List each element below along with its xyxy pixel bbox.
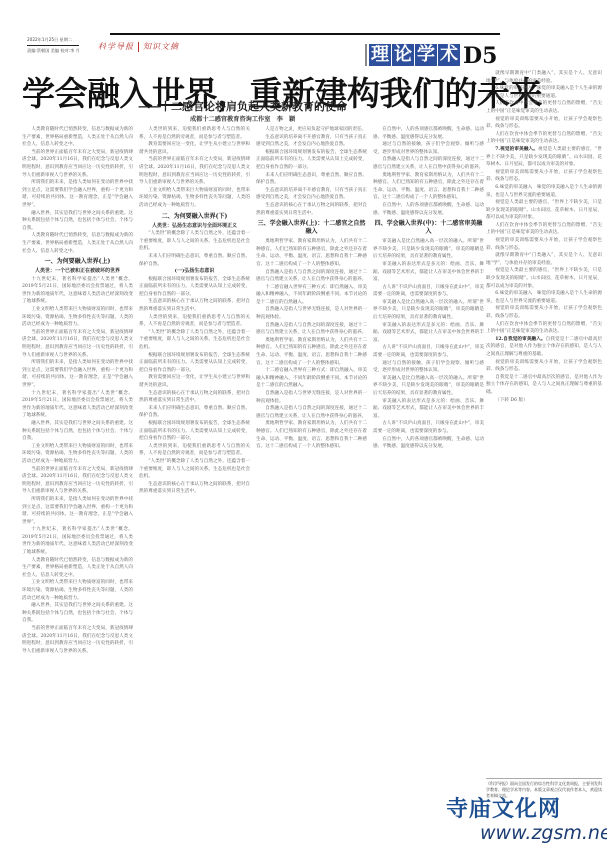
paragraph: 视觉的审美训练需要从小开始，让孩子学会观察色彩、线条与形态。	[486, 237, 602, 252]
logo-zhishiwenzhai: 知识文摘	[143, 42, 179, 51]
paragraph: 奥地利哲学家、教育家斯坦纳认为，人们共有十二种感官。人们已熟知的有五种感官，除此…	[256, 337, 367, 367]
article-body: 人类教育随时代已悄然转变，信息与数据成为新的生产要素，世界格局重新塑造，人类正处…	[22, 126, 484, 836]
paragraph: 工业文明给人类带来巨大物质财富的同时，也带来环境污染、资源枯竭、生物多样性丧失等…	[22, 579, 133, 602]
paragraph: 生态意识的核心在于承认万物之间的联系，把对自然的尊重落实到日常生活中。	[256, 202, 367, 217]
paragraph: 人类世的到来，迫使我们重新思考人与自然的关系，人不再是自然的旁观者，而是参与者与…	[139, 443, 250, 458]
paragraph: 在自然中，人的各项感官都被唤醒，生命感、运动感、平衡感、温度感得以充分发展。	[373, 126, 484, 141]
paragraph: 审美融入是比自然融入高一层次的融入。所谓“世界不缺少美，只是缺少发现美的眼睛”，…	[373, 299, 484, 322]
watermark-cn: 寺庙文化网	[446, 792, 561, 823]
issue-meta: 2022年1月25日 星期二 责编:蔡朝国 美编 校对:李 月	[27, 36, 80, 55]
paragraph: 生态意识的培养离不开感官教育，只有当孩子真正感受到自然之美，才会发自内心地热爱自…	[256, 134, 367, 149]
paragraph: 十二感官融入世界有三种方式：即自然融入、审美融入和精神融入，不同年龄阶段侧重不同…	[256, 284, 367, 307]
article-subheadline: ——十二感官论将肩负起人类新教育的使命	[138, 98, 347, 114]
paragraph: 当前的世界正面临百年未有之大变局，新冠疫情肆虐全球。2020年11月16日，我们…	[139, 156, 250, 186]
paragraph: 人是万物之灵，更应肩负起守护地球家园的责任。	[256, 126, 367, 134]
paragraph: 生态意识的培养离不开感官教育，只有当孩子真正感受到自然之美，才会发自内心地热爱自…	[256, 187, 367, 202]
paragraph: 审美融入的表达形式是多元的：绘画、音乐、舞蹈、戏剧等艺术形式，都能让人在审美中体…	[373, 261, 484, 284]
section-char: 学	[415, 44, 437, 66]
column-2: 人类世的到来，迫使我们重新思考人与自然的关系，人不再是自然的旁观者，而是参与者与…	[139, 126, 250, 836]
paragraph: 当前的世界正面临百年未有之大变局，新冠疫情肆虐全球。2020年11月16日，我们…	[22, 149, 133, 179]
date-line: 2022年1月25日 星期二	[27, 36, 80, 44]
paragraph: 自我觉是十二感官中最高层次的感官，是对他人作为独立个体存在的感知，是人与人之间真…	[486, 374, 602, 397]
lead-in-12: 12.自我觉的审美融入。	[495, 337, 545, 342]
paragraph: 十九世纪末，著名科学家提出“人类世”概念。2019年5月21日，国际地层委员会投…	[22, 526, 133, 556]
paragraph: 通过与自然的接触，孩子们学会观察、倾听与感受，逐步形成对世界的整体认知。	[373, 360, 484, 375]
paragraph: 人类世的到来，迫使我们重新思考人与自然的关系，人不再是自然的旁观者，而是参与者与…	[139, 314, 250, 329]
paragraph: 古人讲“不识庐山真面目，只缘身在此山中”，审美需要一定的距离，也需要深度的参与。	[373, 344, 484, 359]
page-number: D5	[463, 43, 497, 69]
paragraph: 所谓我们的未来，是指人类如何在变动的世界中找到立足点，这需要我们学会融入世界，重…	[22, 179, 133, 209]
paragraph: 所谓我们的未来，是指人类如何在变动的世界中找到立足点，这需要我们学会融入世界，重…	[22, 496, 133, 526]
paragraph: 人们在饮食中体会季节的更替与自然的馈赠，“舌尖上的中国”正是味觉审美的生动表达。	[486, 222, 602, 237]
paragraph: 融入世界，其实是我们与世界之间关系的重建。这种关系既包括个体与自然，也包括个体与…	[22, 420, 133, 443]
paragraph: 根据联合国环境规划署发布的报告，全球生态系统正面临前所未有的压力。人类需要从认知…	[139, 276, 250, 299]
section-char: 术	[438, 44, 460, 66]
sub-sub-heading: (一)弘扬生态意识	[139, 268, 250, 276]
paragraph: 古人讲“不识庐山真面目，只缘身在此山中”，审美需要一定的距离，也需要深度的参与。	[373, 284, 484, 299]
section-heading: 三、学会融入世界(上)：十二感官之自然融入	[256, 220, 367, 236]
logo-divider	[138, 42, 139, 52]
top-rule	[110, 33, 500, 35]
paragraph: “人类世”的概念除了人类与自然之外，还蕴含着一个重要维度，即人与人之间的关系。生…	[139, 230, 250, 253]
paragraph: 视觉是人类最主要的感官，“世界上不缺少美，只是缺少发现美的眼睛”。山水田园、花草…	[486, 267, 602, 290]
paragraph: 在自然中，人的各项感官都被唤醒，生命感、运动感、平衡感、温度感得以充分发展。	[373, 202, 484, 217]
lead-in-7: 7.视觉的审美融入。	[495, 147, 538, 152]
paragraph: 当前的世界正面临百年未有之大变局，新冠疫情肆虐全球。2020年11月16日，我们…	[22, 625, 133, 655]
section-heading: 四、学会融入世界(中)：十二感官审美融入	[373, 220, 484, 236]
watermark: 寺庙文化网 www.zgsm.net	[440, 790, 607, 852]
paragraph: 生态意识的核心在于承认万物之间的联系，把对自然的尊重落实到日常生活中。	[139, 481, 250, 496]
paragraph: 人们在饮食中体会季节的更替与自然的馈赠，“舌尖上的中国”正是味觉审美的生动表达。	[486, 131, 602, 146]
paragraph: 教育需要回应这一变化，让学生从小建立与世界和谐共处的意识。	[139, 374, 250, 389]
continued-note: （下转 D6 版）	[486, 397, 602, 405]
section-char: 论	[392, 44, 414, 66]
paragraph: “人类世”的概念除了人类与自然之外，还蕴含着一个重要维度，即人与人之间的关系。生…	[139, 329, 250, 352]
paragraph: 未来人们应明确生态意识，尊重自然、顺应自然、保护自然。	[139, 253, 250, 268]
paragraph: 自然融入是指人与世界无缝连接，是人对世界的一种直观体验。	[256, 306, 367, 321]
paragraph: 视觉的审美训练需要从小开始，让孩子学会观察色彩、线条与形态。	[486, 305, 602, 320]
article-byline: 成都十二感官教育咨询工作室 李 颖	[190, 114, 295, 123]
paragraph: 在自然中，人的各项感官都被唤醒，生命感、运动感、平衡感、温度感得以充分发展。	[373, 436, 484, 451]
paragraph: 自然融入是指人与自然之间的深度连接，通过十二感官与自然建立关系，让人在自然中获得…	[373, 156, 484, 171]
paragraph-lead: 7.视觉的审美融入。视觉是人类最主要的感官，“世界上不缺少美，只是缺少发现美的眼…	[486, 146, 602, 169]
paragraph: 工业文明给人类带来巨大物质财富的同时，也带来环境污染、资源枯竭、生物多样性丧失等…	[22, 306, 133, 329]
editor-line: 责编:蔡朝国 美编 校对:李 月	[27, 47, 80, 55]
paragraph: 人类世的到来，迫使我们重新思考人与自然的关系，人不再是自然的旁观者，而是参与者与…	[139, 126, 250, 141]
section-heading: 一、为何要融入世界(上)	[22, 258, 133, 266]
sub-heading: 人类世：弘扬生态意识与全面环境正义	[139, 223, 250, 231]
meta-divider	[27, 45, 79, 46]
paragraph: 十九世纪末，著名科学家提出“人类世”概念。2019年5月21日，国际地层委员会投…	[22, 276, 133, 306]
paragraph: 6.味觉的审美融入 味觉的审美融入是个人生命的源泉，也是人与世界交流的重要通道。	[486, 184, 602, 199]
paragraph: 审美融入是比自然融入高一层次的融入。所谓“世界不缺少美，只是缺少发现美的眼睛”，…	[373, 375, 484, 398]
paragraph: 就像早期教育中“门类融入”，其实是个人、无意识地“学”，与体验并存的审美经验。	[486, 252, 602, 267]
column-5: 就像早期教育中“门类融入”，其实是个人、无意识地“学”，与体验并存的审美经验。 …	[486, 70, 602, 770]
paragraph: 自然融入是指人与自然之间的深度连接，通过十二感官与自然建立关系，让人在自然中获得…	[256, 405, 367, 420]
paragraph: 古人讲“不识庐山真面目，只缘身在此山中”，审美需要一定的距离，也需要深度的参与。	[373, 420, 484, 435]
paragraph: 自然融入是指人与世界无缝连接，是人对世界的一种直观体验。	[256, 390, 367, 405]
paragraph: 根据联合国环境规划署发布的报告，全球生态系统正面临前所未有的压力。人类需要从认知…	[139, 352, 250, 375]
masthead: 2022年1月25日 星期二 责编:蔡朝国 美编 校对:李 月 科学导报知识文摘…	[0, 0, 607, 68]
paragraph: 视觉的审美训练需要从小开始，让孩子学会观察色彩、线条与形态。	[486, 169, 602, 184]
watermark-url: www.zgsm.net	[480, 822, 607, 844]
paragraph: 当前的世界正面临百年未有之大变局，新冠疫情肆虐全球。2020年11月16日，我们…	[22, 329, 133, 359]
paragraph: 生态意识的核心在于承认万物之间的联系，把对自然的尊重落实到日常生活中。	[139, 298, 250, 313]
paragraph: 人们在饮食中体会季节的更替与自然的馈赠，“舌尖上的中国”正是味觉审美的生动表达。	[486, 321, 602, 336]
paragraph: 通过与自然的接触，孩子们学会观察、倾听与感受，逐步形成对世界的整体认知。	[373, 141, 484, 156]
paragraph: 6.味觉的审美融入 味觉的审美融入是个人生命的源泉，也是人与世界交流的重要通道。	[486, 85, 602, 100]
paragraph: 视觉的审美训练需要从小开始，让孩子学会观察色彩、线条与形态。	[486, 359, 602, 374]
paragraph: 十九世纪末，著名科学家提出“人类世”概念。2019年5月21日，国际地层委员会投…	[22, 390, 133, 420]
paragraph: 审美融入是比自然融入高一层次的融入。所谓“世界不缺少美，只是缺少发现美的眼睛”，…	[373, 238, 484, 261]
paragraph: 人类教育随时代已悄然转变，信息与数据成为新的生产要素，世界格局重新塑造，人类正处…	[22, 557, 133, 580]
paragraph: 融入世界，其实是我们与世界之间关系的重建。这种关系既包括个体与自然，也包括个体与…	[22, 210, 133, 233]
paragraph: 就像早期教育中“门类融入”，其实是个人、无意识地“学”，与体验并存的审美经验。	[486, 70, 602, 85]
sub-heading: 人类世：一个已被和正在被破坏的世界	[22, 268, 133, 276]
column-4: 在自然中，人的各项感官都被唤醒，生命感、运动感、平衡感、温度感得以充分发展。 通…	[373, 126, 484, 836]
paragraph: 工业文明给人类带来巨大物质财富的同时，也带来环境污染、资源枯竭、生物多样性丧失等…	[22, 443, 133, 466]
paragraph: 教育需要回应这一变化，让学生从小建立与世界和谐共处的意识。	[139, 141, 250, 156]
newspaper-logo: 科学导报知识文摘	[98, 41, 179, 52]
paragraph: 视觉是人类最主要的感官，“世界上不缺少美，只是缺少发现美的眼睛”。山水田园、花草…	[486, 199, 602, 222]
paragraph: 根据联合国环境规划署发布的报告，全球生态系统正面临前所未有的压力。人类需要从认知…	[256, 149, 367, 172]
paragraph: 人类教育随时代已悄然转变，信息与数据成为新的生产要素，世界格局重新塑造，人类正处…	[22, 232, 133, 255]
paragraph: 人类教育随时代已悄然转变，信息与数据成为新的生产要素，世界格局重新塑造，人类正处…	[22, 126, 133, 149]
paragraph: 当前的世界正面临百年未有之大变局，新冠疫情肆虐全球。2020年11月16日，我们…	[22, 466, 133, 496]
paragraph: 生态意识的核心在于承认万物之间的联系，把对自然的尊重落实到日常生活中。	[139, 390, 250, 405]
paragraph: 视觉的审美训练需要从小开始，让孩子学会观察色彩、线条与形态。	[486, 116, 602, 131]
paragraph: 自然融入是指人与自然之间的深度连接，通过十二感官与自然建立关系，让人在自然中获得…	[256, 269, 367, 284]
paragraph: 人们在饮食中体会季节的更替与自然的馈赠，“舌尖上的中国”正是味觉审美的生动表达。	[486, 100, 602, 115]
paragraph: 十二感官融入世界有三种方式：即自然融入、审美融入和精神融入，不同年龄阶段侧重不同…	[256, 367, 367, 390]
column-1: 人类教育随时代已悄然转变，信息与数据成为新的生产要素，世界格局重新塑造，人类正处…	[22, 126, 133, 836]
logo-kexuedaobao: 科学导报	[98, 42, 134, 51]
paragraph: 未来人们应明确生态意识，尊重自然、顺应自然、保护自然。	[256, 172, 367, 187]
section-heading: 二、为何要融入世界(下)	[139, 213, 250, 221]
paragraph-lead: 12.自我觉的审美融入。自我觉是十二感官中最高层次的感官，是对他人作为独立个体存…	[486, 336, 602, 359]
paragraph: 奥地利哲学家、教育家斯坦纳认为，人们共有十二种感官。人们已熟知的有五种感官，除此…	[256, 420, 367, 450]
paragraph: “人类世”的概念除了人类与自然之外，还蕴含着一个重要维度，即人与人之间的关系。生…	[139, 458, 250, 481]
column-3: 人是万物之灵，更应肩负起守护地球家园的责任。 生态意识的培养离不开感官教育，只有…	[256, 126, 367, 836]
section-char: 理	[369, 44, 391, 66]
paragraph: 根据联合国环境规划署发布的报告，全球生态系统正面临前所未有的压力。人类需要从认知…	[139, 420, 250, 443]
paragraph: 审美融入的表达形式是多元的：绘画、音乐、舞蹈、戏剧等艺术形式，都能让人在审美中体…	[373, 322, 484, 345]
paragraph: 工业文明给人类带来巨大物质财富的同时，也带来环境污染、资源枯竭、生物多样性丧失等…	[139, 187, 250, 210]
section-title: 理 论 学 术	[365, 44, 460, 66]
paragraph: 所谓我们的未来，是指人类如何在变动的世界中找到立足点，这需要我们学会融入世界，重…	[22, 359, 133, 389]
paragraph: 奥地利哲学家、教育家斯坦纳认为，人们共有十二种感官。人们已熟知的有五种感官，除此…	[256, 238, 367, 268]
paragraph: 6.味觉的审美融入 味觉的审美融入是个人生命的源泉，也是人与世界交流的重要通道。	[486, 290, 602, 305]
paragraph: 未来人们应明确生态意识，尊重自然、顺应自然、保护自然。	[139, 405, 250, 420]
paragraph: 融入世界，其实是我们与世界之间关系的重建。这种关系既包括个体与自然，也包括个体与…	[22, 602, 133, 625]
paragraph: 审美融入的表达形式是多元的：绘画、音乐、舞蹈、戏剧等艺术形式，都能让人在审美中体…	[373, 398, 484, 421]
paragraph: 自然融入是指人与自然之间的深度连接，通过十二感官与自然建立关系，让人在自然中获得…	[256, 322, 367, 337]
paragraph: 奥地利哲学家、教育家斯坦纳认为，人们共有十二种感官。人们已熟知的有五种感官，除此…	[373, 172, 484, 202]
